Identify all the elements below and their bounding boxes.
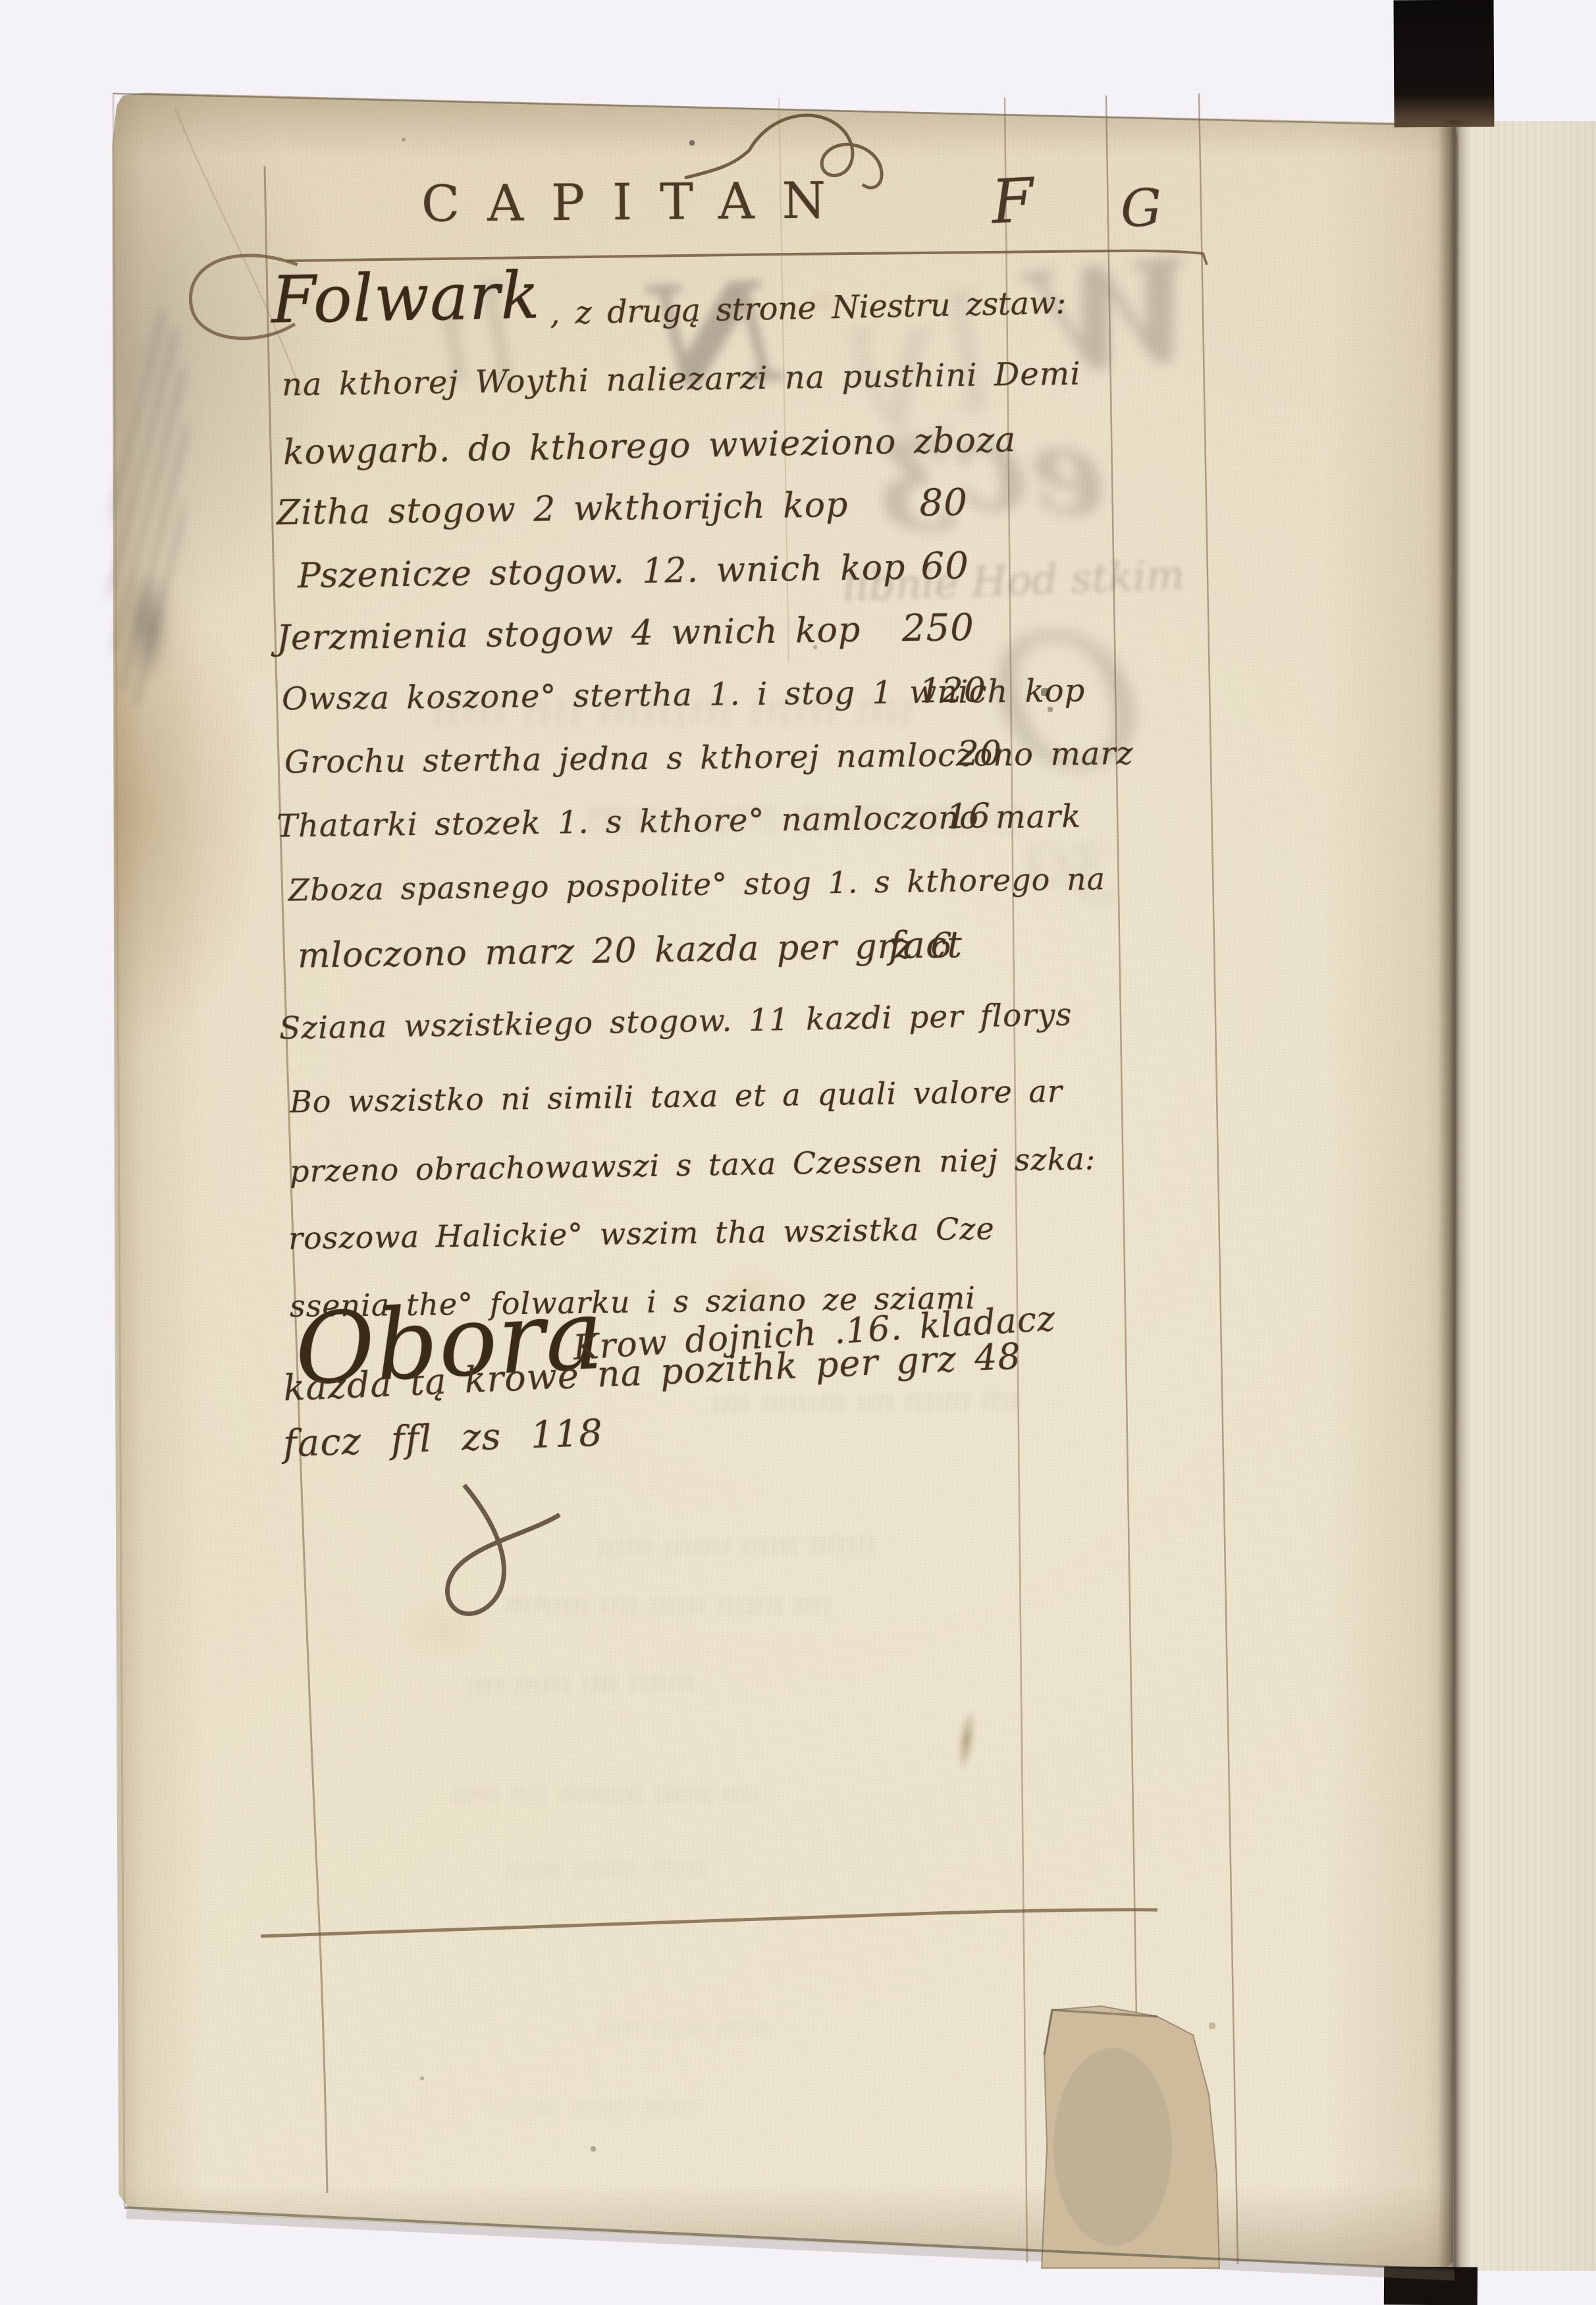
folwark-heading: Folwark	[271, 258, 541, 338]
line-amount: 120	[919, 670, 987, 711]
line-amount: 20	[957, 734, 1003, 774]
next-page-edge	[1454, 121, 1596, 2271]
line-amount: fact	[888, 923, 963, 967]
page-gutter-shadow	[1438, 120, 1470, 2272]
bookmark-ribbon-bottom-icon	[1384, 2267, 1477, 2305]
line-amount: 60	[920, 545, 969, 588]
folio-letter-g: G	[1119, 178, 1163, 239]
folio-letter-f: F	[990, 165, 1036, 237]
ink-specks	[0, 0, 1, 1]
manuscript-line: Grochu stertha jedna s kthorej namloczon…	[284, 736, 1003, 780]
manuscript-line: Owsza koszone° stertha 1. i stog 1 wnich…	[282, 673, 987, 717]
line-amount: 16	[946, 796, 992, 836]
line-amount: 250	[901, 607, 974, 651]
scan-background: { "page": { "kind": "16th-century manusc…	[0, 0, 1596, 2305]
line-text: Jerzmienia stogow 4 wnich kop	[277, 610, 861, 658]
line-text: Zitha stogow 2 wkthorijch kop	[277, 485, 849, 533]
line-amount: 80	[919, 481, 968, 525]
page-title: CAPITAN	[421, 171, 854, 233]
bookmark-ribbon-top-icon	[1393, 0, 1494, 127]
